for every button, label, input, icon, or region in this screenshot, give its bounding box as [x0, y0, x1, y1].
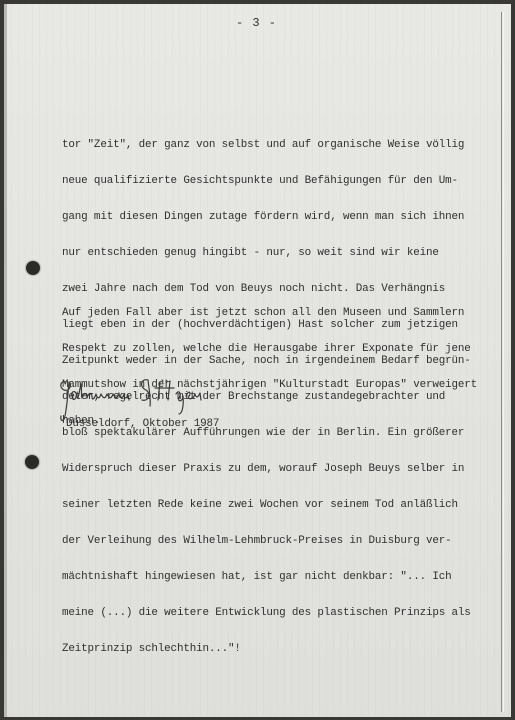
text-line: seiner letzten Rede keine zwei Wochen vo…: [62, 499, 471, 511]
text-line: tor "Zeit", der ganz von selbst und auf …: [62, 139, 471, 151]
text-line: mächtnishaft hingewiesen hat, ist gar ni…: [62, 571, 471, 583]
paper-page: - 3 - tor "Zeit", der ganz von selbst un…: [4, 4, 511, 717]
page-number: - 3 -: [236, 16, 277, 30]
page-right-fold-highlight: [503, 12, 504, 712]
text-line: meine (...) die weitere Entwicklung des …: [62, 607, 471, 619]
text-line: neue qualifizierte Gesichtspunkte und Be…: [62, 175, 471, 187]
page-right-fold-line: [501, 12, 502, 712]
text-line: Auf jeden Fall aber ist jetzt schon all …: [62, 307, 477, 319]
punch-hole-icon: [26, 261, 40, 275]
text-line: gang mit diesen Dingen zutage fördern wi…: [62, 211, 471, 223]
text-line: Respekt zu zollen, welche die Herausgabe…: [62, 343, 477, 355]
text-line: Zeitprinzip schlechthin..."!: [62, 643, 471, 655]
text-line: Widerspruch dieser Praxis zu dem, worauf…: [62, 463, 471, 475]
text-line: der Verleihung des Wilhelm-Lehmbruck-Pre…: [62, 535, 471, 547]
page-left-edge: [4, 4, 7, 717]
place-and-date: Düsseldorf, Oktober 1987: [66, 418, 219, 430]
punch-hole-icon: [25, 455, 39, 469]
scanned-document: - 3 - tor "Zeit", der ganz von selbst un…: [0, 0, 515, 720]
text-line: nur entschieden genug hingibt - nur, so …: [62, 247, 471, 259]
